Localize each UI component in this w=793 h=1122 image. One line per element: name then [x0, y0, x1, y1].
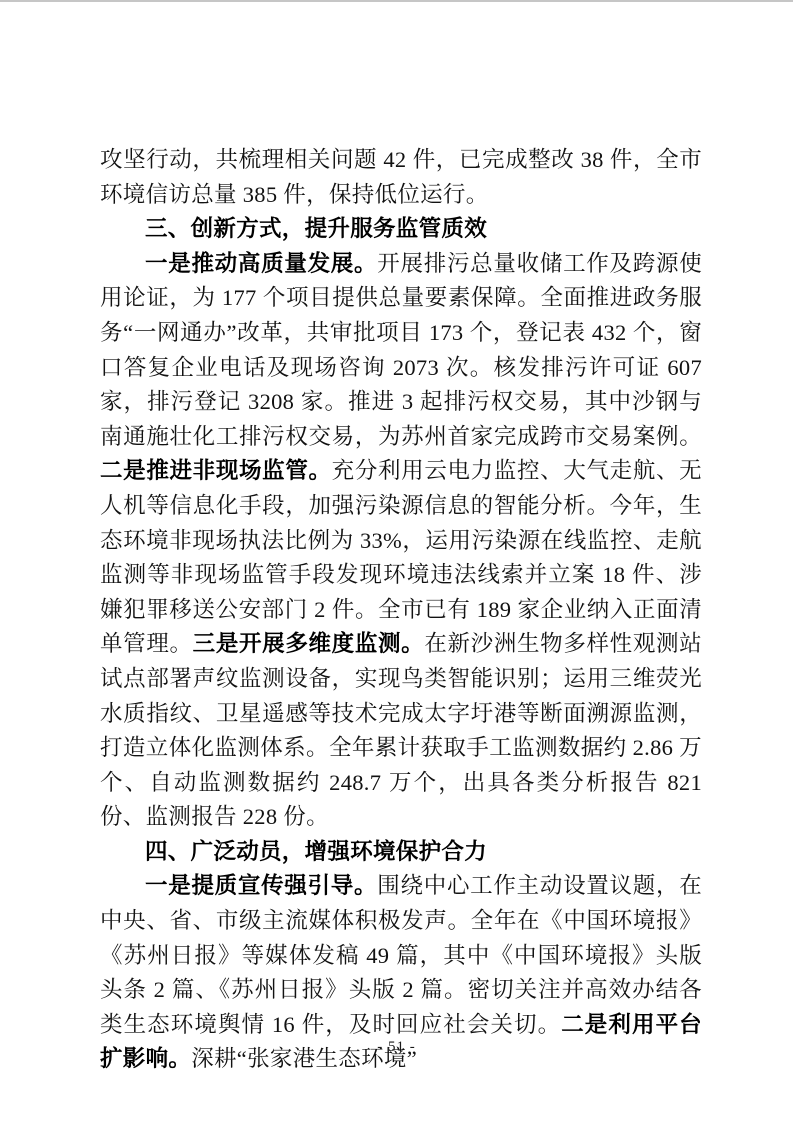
body-paragraph: 攻坚行动，共梳理相关问题 42 件，已完成整改 38 件，全市环境信访总量 38…	[100, 143, 702, 212]
lead-phrase: 一是提质宣传强引导。	[145, 873, 377, 898]
section-heading: 三、创新方式，提升服务监管质效	[100, 212, 702, 247]
lead-phrase: 一是推动高质量发展。	[145, 251, 377, 276]
lead-phrase: 四、广泛动员，增强环境保护合力	[145, 839, 487, 864]
body-paragraph: 一是推动高质量发展。开展排污总量收储工作及跨源使用论证，为 177 个项目提供总…	[100, 247, 702, 835]
document-page: 攻坚行动，共梳理相关问题 42 件，已完成整改 38 件，全市环境信访总量 38…	[0, 0, 793, 1122]
text-segment: 开展排污总量收储工作及跨源使用论证，为 177 个项目提供总量要素保障。全面推进…	[100, 251, 702, 449]
lead-phrase: 三、创新方式，提升服务监管质效	[145, 216, 487, 241]
document-body: 攻坚行动，共梳理相关问题 42 件，已完成整改 38 件，全市环境信访总量 38…	[100, 143, 702, 1077]
section-heading: 四、广泛动员，增强环境保护合力	[100, 835, 702, 870]
lead-phrase: 二是推进非现场监管。	[100, 458, 332, 483]
lead-phrase: 三是开展多维度监测。	[193, 631, 425, 656]
text-segment: 攻坚行动，共梳理相关问题 42 件，已完成整改 38 件，全市环境信访总量 38…	[100, 147, 702, 207]
text-segment: 充分利用云电力监控、大气走航、无人机等信息化手段，加强污染源信息的智能分析。今年…	[100, 458, 702, 656]
page-number: - 51 -	[0, 1037, 793, 1057]
text-segment: 在新沙洲生物多样性观测站试点部署声纹监测设备，实现鸟类智能识别；运用三维荧光水质…	[100, 631, 702, 829]
